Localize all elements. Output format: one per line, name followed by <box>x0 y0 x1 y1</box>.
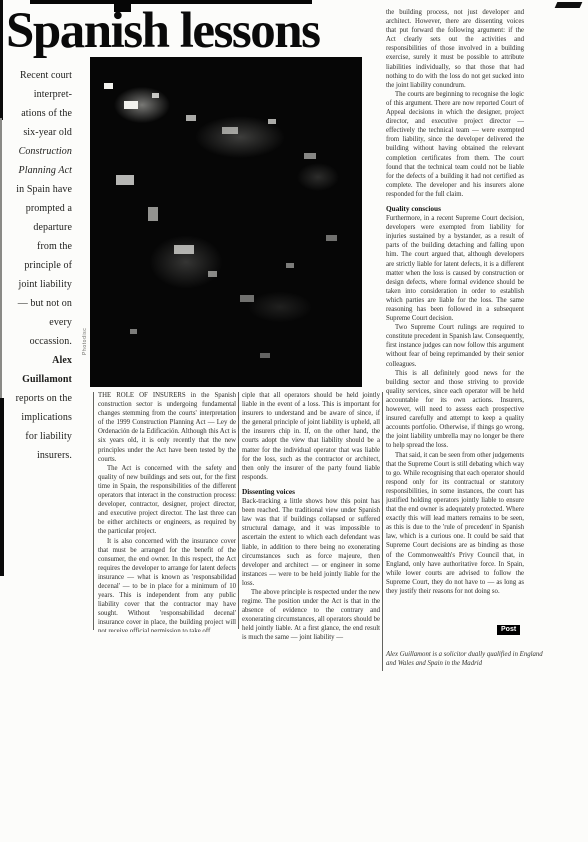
magazine-page: Spanish lessons Recent court interpret- … <box>0 0 588 842</box>
column-rule <box>93 392 94 630</box>
standfirst-line: occassion. <box>2 332 72 351</box>
photo-light-speck <box>268 119 276 124</box>
standfirst-line: in Spain have <box>2 180 72 199</box>
photo-light-speck <box>152 93 159 98</box>
standfirst-line: ations of the <box>2 104 72 123</box>
article-photo <box>90 57 362 387</box>
standfirst-line: for liability <box>2 427 72 446</box>
photo-light-speck <box>260 353 270 358</box>
photo-light-speck <box>326 235 337 241</box>
standfirst-line: principle of <box>2 256 72 275</box>
standfirst-line: — but not on <box>2 294 72 313</box>
body-paragraph: The above principle is respected under t… <box>242 588 380 643</box>
photo-light-speck <box>130 329 137 334</box>
body-paragraph: the building process, not just developer… <box>386 8 524 90</box>
body-paragraph: It is also concerned with the insurance … <box>98 537 236 633</box>
photo-light-speck <box>240 295 254 302</box>
body-paragraph: That said, it can be seen from other jud… <box>386 451 524 597</box>
photo-light-speck <box>124 101 138 109</box>
body-paragraph: This is all definitely good news for the… <box>386 369 524 451</box>
body-paragraph: The Act is concerned with the safety and… <box>98 464 236 537</box>
body-paragraph: The courts are beginning to recognise th… <box>386 90 524 199</box>
standfirst-line: departure <box>2 218 72 237</box>
subhead-quality-conscious: Quality conscious <box>386 204 524 213</box>
body-paragraph: ciple that all operators should be held … <box>242 391 380 482</box>
body-paragraph: Back-tracking a little shows how this po… <box>242 497 380 588</box>
body-paragraph: Furthermore, in a recent Supreme Court d… <box>386 214 524 323</box>
subhead-dissenting-voices: Dissenting voices <box>242 487 380 496</box>
photo-credit: Photodisc <box>82 295 88 355</box>
photo-light-speck <box>222 127 238 134</box>
photo-light-speck <box>104 83 113 89</box>
standfirst-author-last-name: Guillamont <box>2 370 72 389</box>
standfirst-line: every <box>2 313 72 332</box>
photo-light-speck <box>174 245 194 254</box>
standfirst: Recent court interpret- ations of the si… <box>2 66 72 465</box>
standfirst-line: joint liability <box>2 275 72 294</box>
photo-light-speck <box>148 207 158 221</box>
standfirst-line: insurers. <box>2 446 72 465</box>
photo-light-speck <box>116 175 134 185</box>
standfirst-author-first-name: Alex <box>2 351 72 370</box>
article-column-2: ciple that all operators should be held … <box>242 391 380 672</box>
photo-light-speck <box>186 115 196 121</box>
photo-light-speck <box>304 153 316 159</box>
standfirst-line: Recent court <box>2 66 72 85</box>
standfirst-line: Construction <box>2 142 72 161</box>
photo-light-speck <box>286 263 294 268</box>
end-of-article-marker: Post <box>497 625 520 635</box>
standfirst-line: Planning Act <box>2 161 72 180</box>
article-column-3: the building process, not just developer… <box>386 8 524 642</box>
article-column-1: THE ROLE OF INSURERS in the Spanish cons… <box>98 391 236 632</box>
standfirst-line: implications <box>2 408 72 427</box>
author-bio: Alex Guillamont is a solicitor dually qu… <box>386 650 544 668</box>
standfirst-line: from the <box>2 237 72 256</box>
body-paragraph: Two Supreme Court rulings are required t… <box>386 323 524 368</box>
column-rule <box>382 392 383 671</box>
standfirst-line: reports on the <box>2 389 72 408</box>
standfirst-line: interpret- <box>2 85 72 104</box>
column-rule <box>238 392 239 629</box>
body-paragraph: THE ROLE OF INSURERS in the Spanish cons… <box>98 391 236 464</box>
photo-light-speck <box>208 271 217 277</box>
standfirst-line: prompted a <box>2 199 72 218</box>
standfirst-line: six-year old <box>2 123 72 142</box>
